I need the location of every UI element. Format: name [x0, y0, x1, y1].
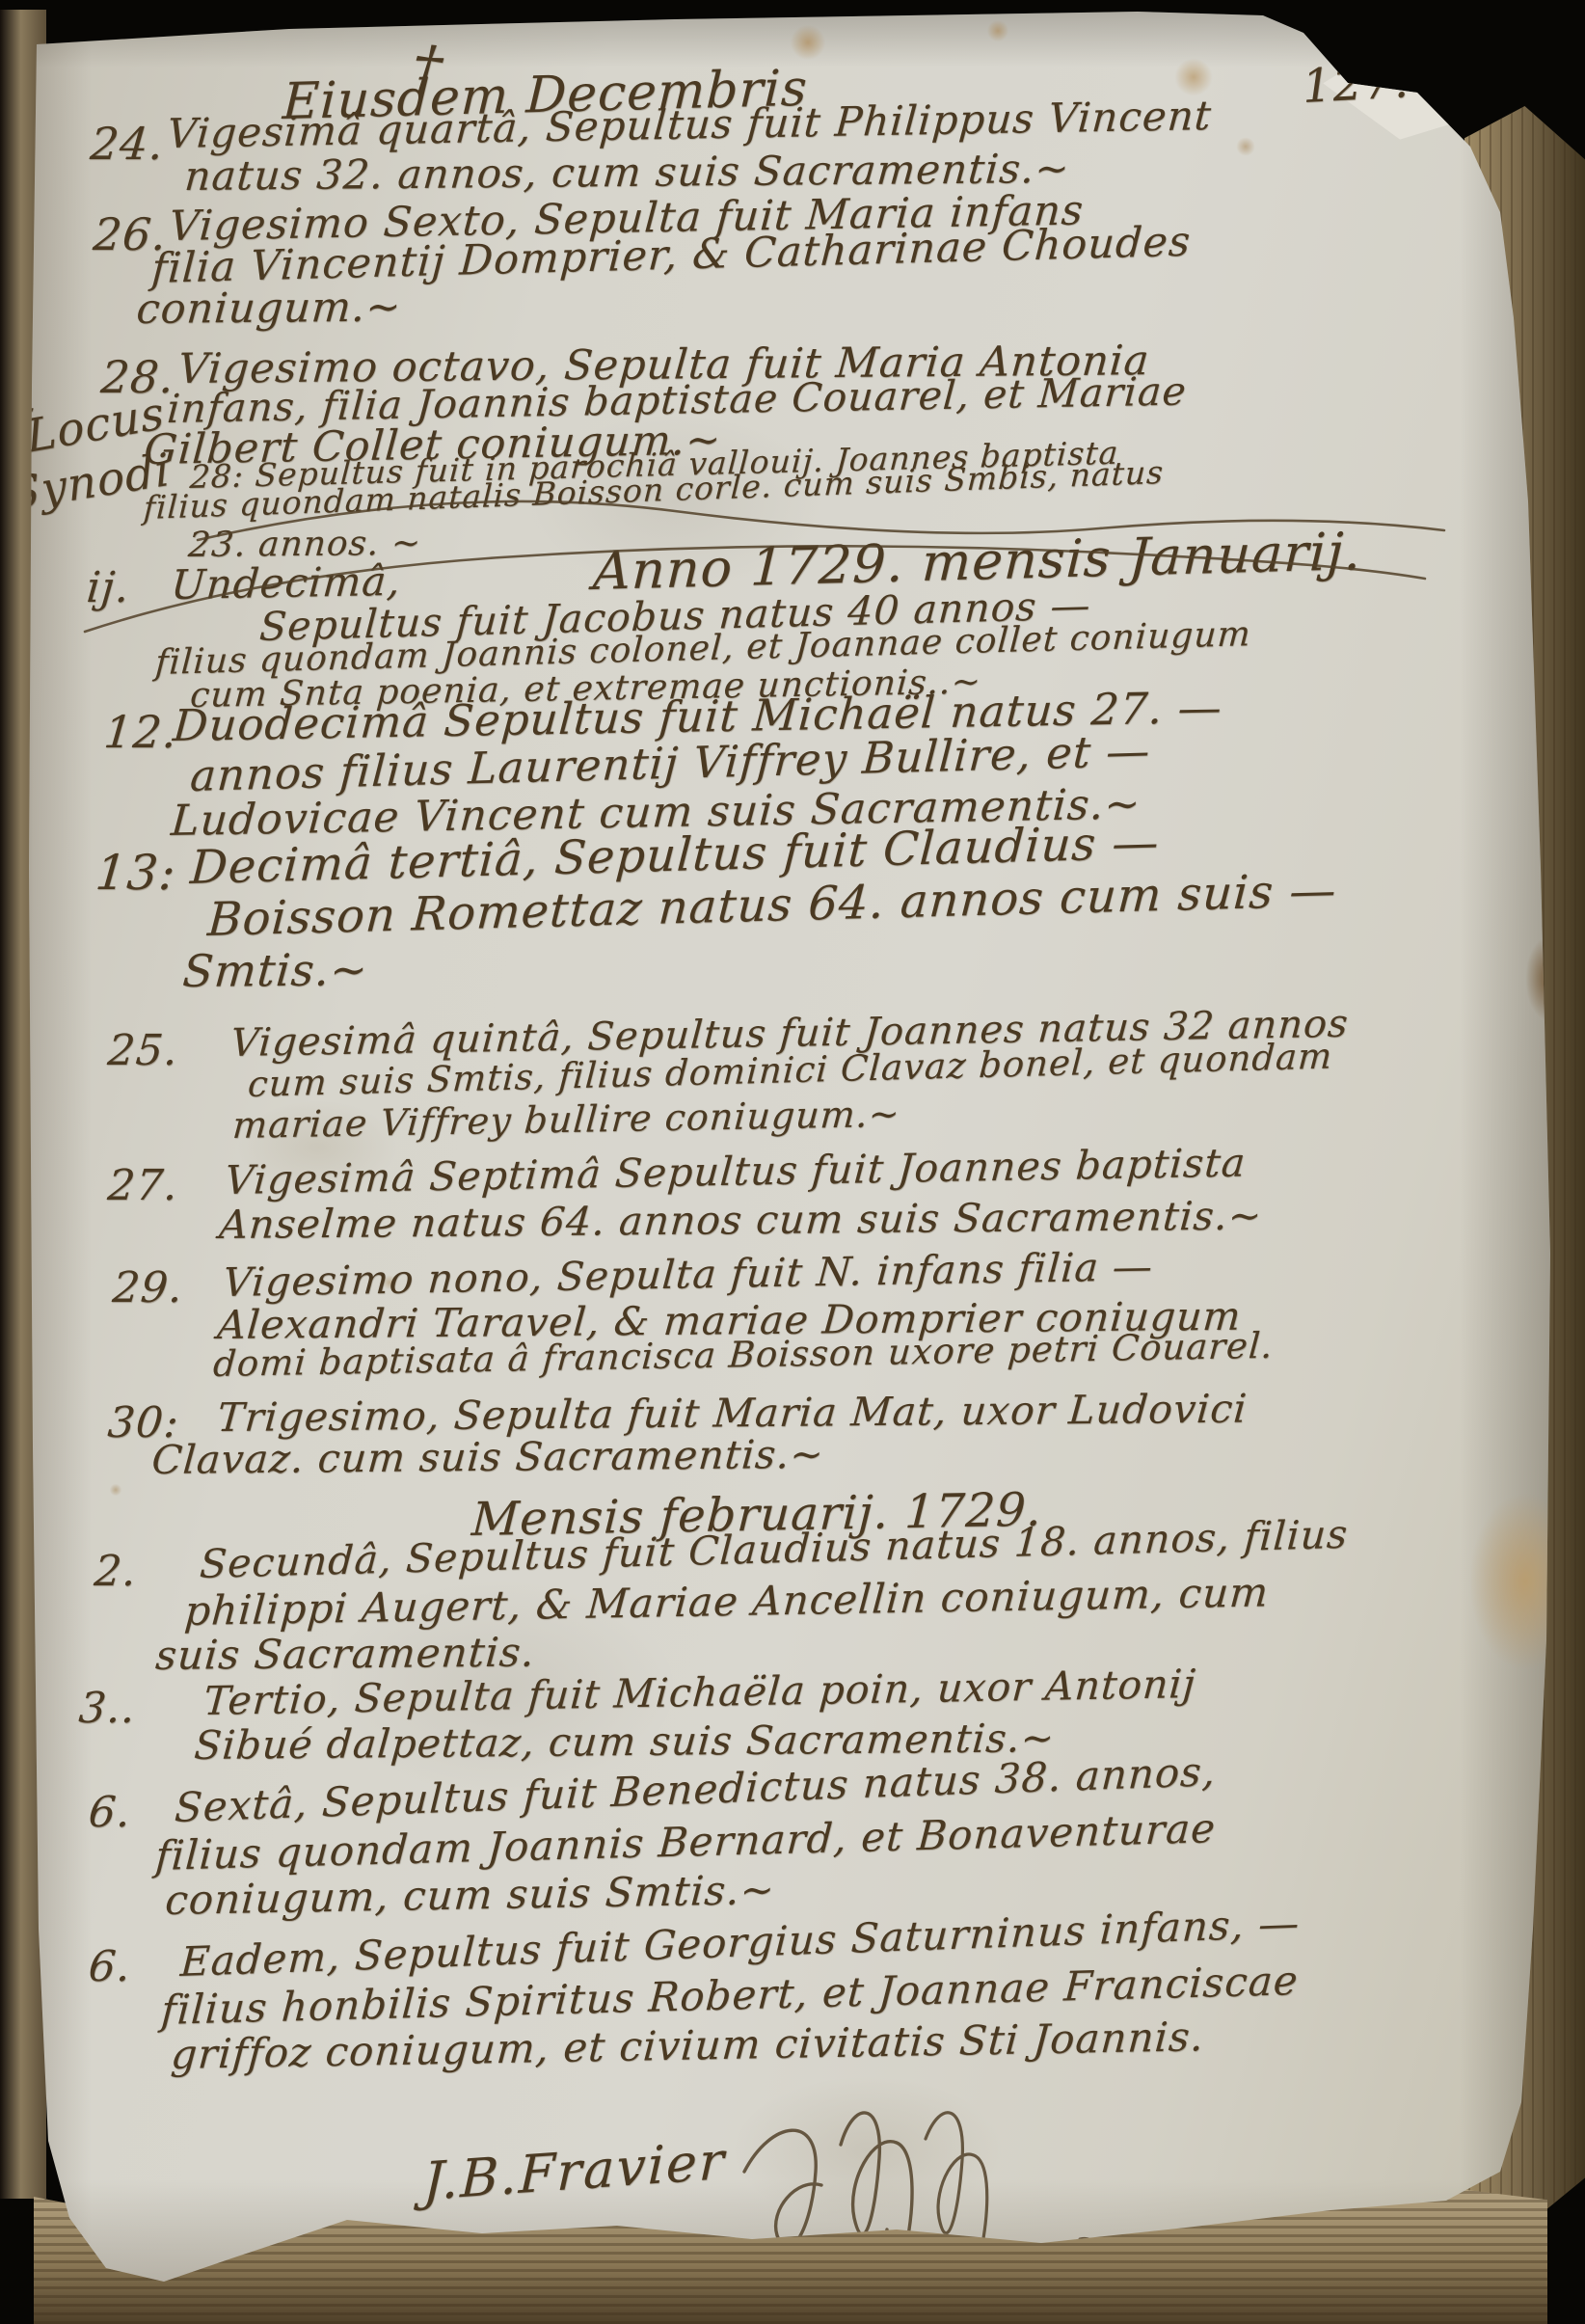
entry-line: Trigesimo, Sepulta fuit Maria Mat, uxor … — [216, 1390, 1249, 1438]
entry-day-number: 12. — [102, 710, 179, 754]
entry-day-number: 13: — [94, 849, 178, 897]
entry-day-number: 29. — [111, 1267, 185, 1310]
entry-line: Undecimâ, — [170, 561, 402, 606]
entry-day-number: 6. — [87, 1946, 133, 1988]
entry-day-number: ij. — [85, 567, 132, 609]
entry-line: Anselme natus 64. annos cum suis Sacrame… — [218, 1197, 1264, 1245]
entry-line: Smtis.~ — [181, 947, 370, 993]
entry-day-number: 28. — [99, 355, 176, 399]
entry-line: Vigesimâ Septimâ Sepultus fuit Joannes b… — [224, 1143, 1248, 1201]
entry-line: Clavaz. cum suis Sacramentis.~ — [150, 1435, 825, 1480]
entry-day-number: 2. — [93, 1551, 139, 1593]
entry-day-number: 6. — [87, 1792, 133, 1834]
entry-line: coniugum.~ — [135, 287, 403, 331]
entry-line: suis Sacramentis. — [154, 1633, 537, 1676]
entry-day-number: 3.. — [77, 1688, 138, 1730]
burial-entries: 24.Vigesimâ quartâ, Sepultus fuit Philip… — [0, 0, 1585, 2324]
scan-background: † 127. Eiusdem Decembris Anno 1729. mens… — [0, 0, 1585, 2324]
manuscript-page: † 127. Eiusdem Decembris Anno 1729. mens… — [0, 0, 1585, 2324]
entry-day-number: 25. — [106, 1030, 180, 1072]
entry-day-number: 24. — [89, 122, 166, 166]
entry-line: coniugum, cum suis Smtis.~ — [164, 1870, 776, 1921]
entry-day-number: 27. — [106, 1165, 180, 1207]
entry-line: mariae Viffrey bullire coniugum.~ — [231, 1095, 901, 1144]
